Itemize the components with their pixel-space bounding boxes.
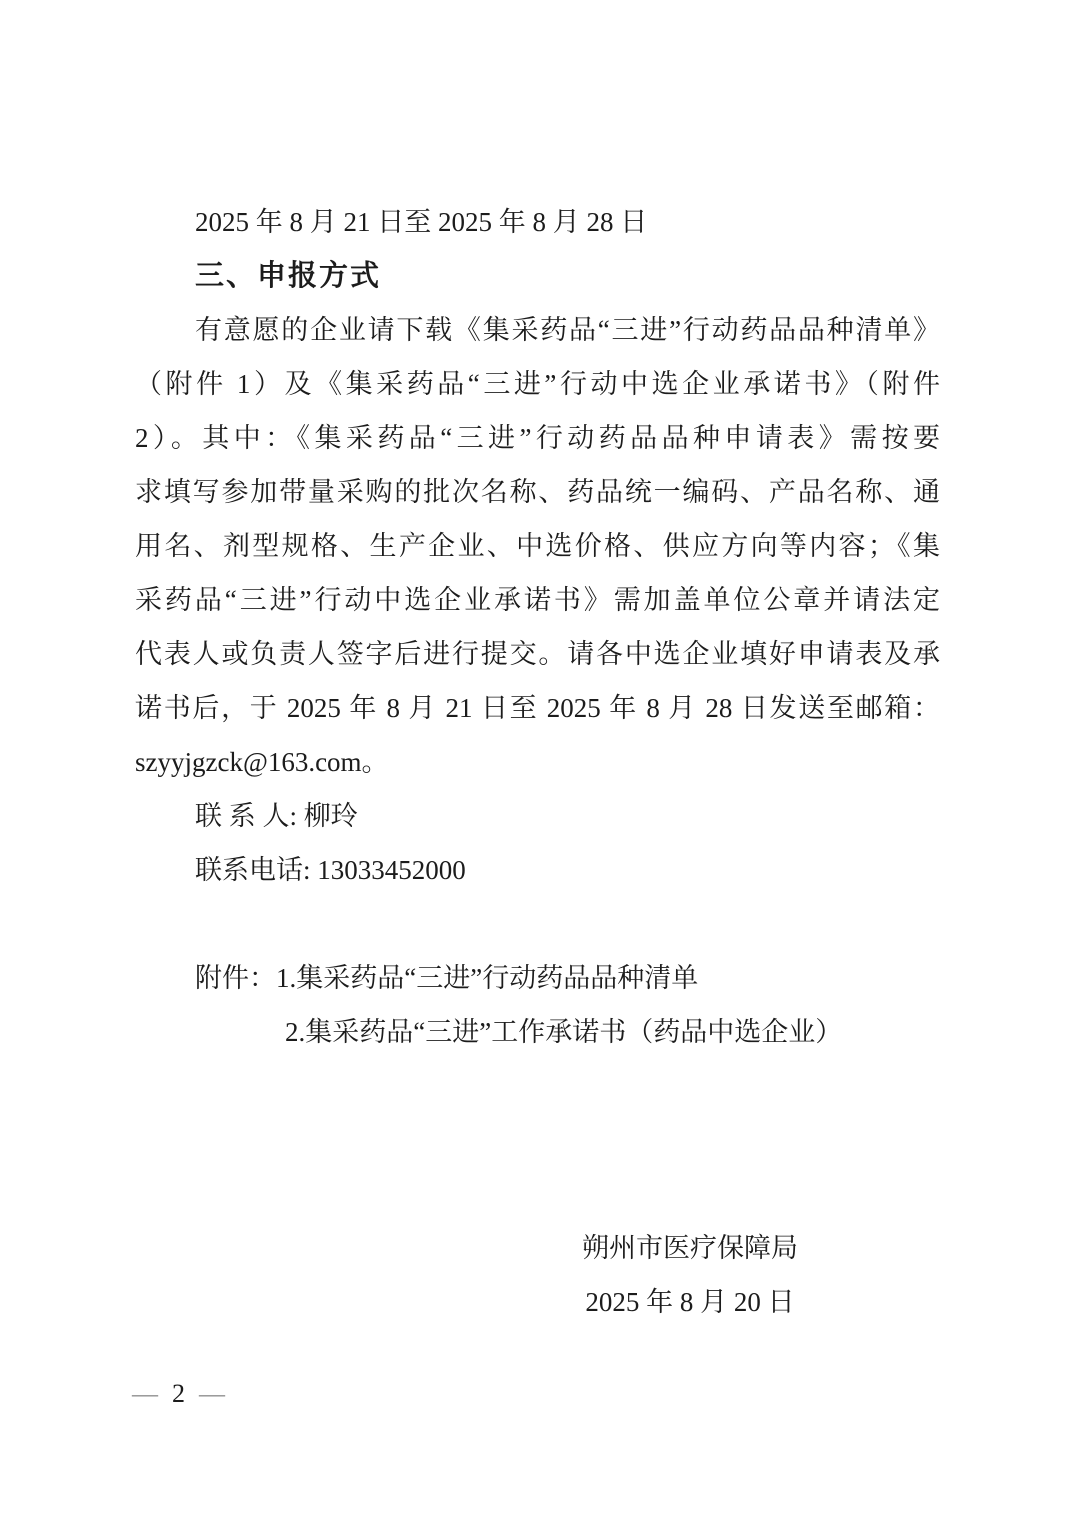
attachment-item: 2.集采药品“三进”工作承诺书（药品中选企业）	[285, 1017, 842, 1047]
document-body: 2025 年 8 月 21 日至 2025 年 8 月 28 日 三、申报方式 …	[135, 195, 940, 1329]
contact-person-line: 联 系 人: 柳玲	[135, 789, 940, 843]
paragraph-line: 2）。其中：《集采药品“三进”行动药品品种申请表》需按要	[135, 411, 940, 465]
page-number: 2	[172, 1372, 185, 1416]
paragraph-line: 用名、剂型规格、生产企业、中选价格、供应方向等内容；《集	[135, 519, 940, 573]
contact-phone-line: 联系电话: 13033452000	[135, 843, 940, 897]
paragraph-line: 诺书后，于 2025 年 8 月 21 日至 2025 年 8 月 28 日发送…	[135, 681, 940, 735]
footer-dash-left: —	[132, 1372, 158, 1416]
signature-block: 朔州市医疗保障局 2025 年 8 月 20 日	[440, 1221, 940, 1329]
paragraph-line: （附件 1）及《集采药品“三进”行动中选企业承诺书》（附件	[135, 357, 940, 411]
email-address-line: szyyjgzck@163.com。	[135, 735, 940, 789]
paragraph-line: 有意愿的企业请下载《集采药品“三进”行动药品品种清单》	[135, 303, 940, 357]
signature-organization: 朔州市医疗保障局	[440, 1221, 940, 1275]
section-heading: 三、申报方式	[135, 249, 940, 303]
paragraph-line: 采药品“三进”行动中选企业承诺书》需加盖单位公章并请法定	[135, 573, 940, 627]
footer-dash-right: —	[199, 1372, 225, 1416]
page-footer: — 2 —	[132, 1372, 225, 1416]
paragraph-line: 代表人或负责人签字后进行提交。请各中选企业填好申请表及承	[135, 627, 940, 681]
attachments-label: 附件：	[195, 963, 276, 993]
attachment-item: 1.集采药品“三进”行动药品品种清单	[276, 963, 698, 993]
attachments-line-2: 2.集采药品“三进”工作承诺书（药品中选企业）	[135, 1005, 940, 1059]
blank-line	[135, 897, 940, 951]
paragraph-line: 求填写参加带量采购的批次名称、药品统一编码、产品名称、通	[135, 465, 940, 519]
date-range-line: 2025 年 8 月 21 日至 2025 年 8 月 28 日	[135, 195, 940, 249]
attachments-line-1: 附件：1.集采药品“三进”行动药品品种清单	[135, 951, 940, 1005]
signature-date: 2025 年 8 月 20 日	[440, 1275, 940, 1329]
document-page: 2025 年 8 月 21 日至 2025 年 8 月 28 日 三、申报方式 …	[0, 0, 1074, 1520]
